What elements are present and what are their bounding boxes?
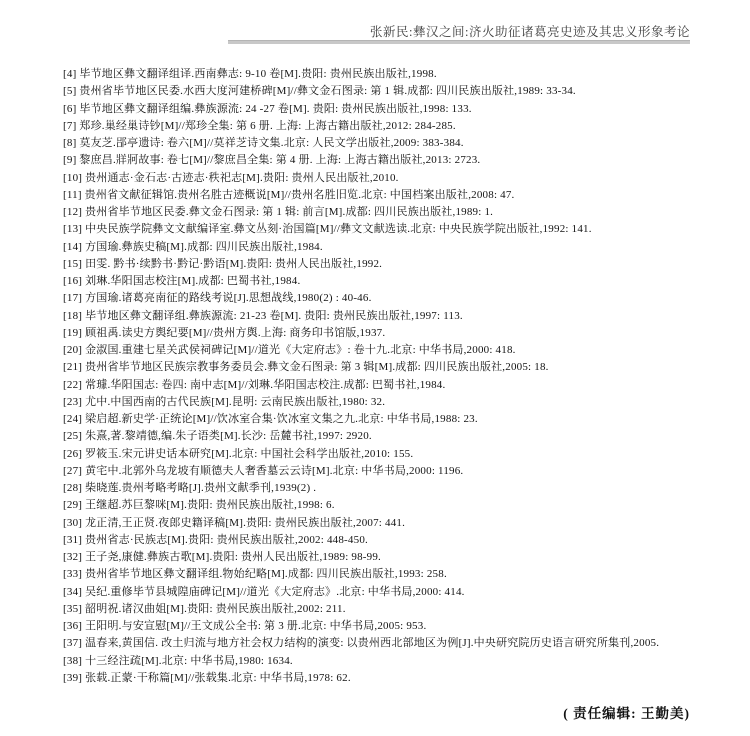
reference-item: [18] 毕节地区彝文翻译组.彝族源流: 21-23 卷[M]. 贵阳: 贵州民…	[63, 308, 710, 325]
reference-item: [9] 黎庶昌.牂牁故事: 卷七[M]//黎庶昌全集: 第 4 册. 上海: 上…	[63, 152, 710, 169]
reference-item: [30] 龙正清,王正贤.夜郎史籍译稿[M].贵阳: 贵州民族出版社,2007:…	[63, 515, 710, 532]
reference-item: [15] 田雯. 黔书·续黔书·黔记·黔语[M].贵阳: 贵州人民出版社,199…	[63, 256, 710, 273]
reference-item: [7] 郑珍.巢经巢诗钞[M]//郑珍全集: 第 6 册. 上海: 上海古籍出版…	[63, 118, 710, 135]
paper-page: 张新民:彝汉之间:济火助征诸葛亮史迹及其忠义形象考论 [4] 毕节地区彝文翻译组…	[0, 0, 750, 736]
reference-item: [36] 王阳明.与安宣慰[M]//王文成公全书: 第 3 册.北京: 中华书局…	[63, 618, 710, 635]
reference-item: [32] 王子尧,康健.彝族古歌[M].贵阳: 贵州人民出版社,1989: 98…	[63, 549, 710, 566]
reference-item: [17] 方国瑜.诸葛亮南征的路线考说[J].思想战线,1980(2) : 40…	[63, 290, 710, 307]
reference-item: [37] 温春来,黄国信. 改土归流与地方社会权力结构的演变: 以贵州西北部地区…	[63, 635, 710, 652]
reference-item: [29] 王继超.苏巨黎咪[M].贵阳: 贵州民族出版社,1998: 6.	[63, 497, 710, 514]
reference-item: [25] 朱熹,著.黎靖德,编.朱子语类[M].长沙: 岳麓书社,1997: 2…	[63, 428, 710, 445]
reference-item: [22] 常璩.华阳国志: 卷四: 南中志[M]//刘琳.华阳国志校注.成都: …	[63, 377, 710, 394]
reference-item: [12] 贵州省毕节地区民委.彝文金石图录: 第 1 辑: 前言[M].成都: …	[63, 204, 710, 221]
reference-item: [21] 贵州省毕节地区民族宗教事务委员会.彝文金石图录: 第 3 辑[M].成…	[63, 359, 710, 376]
reference-item: [14] 方国瑜.彝族史稿[M].成都: 四川民族出版社,1984.	[63, 239, 710, 256]
reference-item: [4] 毕节地区彝文翻译组译.西南彝志: 9-10 卷[M].贵阳: 贵州民族出…	[63, 66, 710, 83]
reference-item: [13] 中央民族学院彝文文献编译室.彝文丛刻·治国篇[M]//彝文文献选读.北…	[63, 221, 710, 238]
reference-item: [16] 刘琳.华阳国志校注[M].成都: 巴蜀书社,1984.	[63, 273, 710, 290]
responsible-editor-note: ( 责任编辑: 王勤美)	[563, 702, 690, 722]
reference-item: [39] 张载.正蒙·干称篇[M]//张载集.北京: 中华书局,1978: 62…	[63, 670, 710, 687]
reference-item: [8] 莫友芝.郘亭遗诗: 卷六[M]//莫祥芝诗文集.北京: 人民文学出版社,…	[63, 135, 710, 152]
reference-item: [38] 十三经注疏[M].北京: 中华书局,1980: 1634.	[63, 653, 710, 670]
reference-item: [24] 梁启超.新史学·正统论[M]//饮冰室合集·饮冰室文集之九.北京: 中…	[63, 411, 710, 428]
running-head-title: 张新民:彝汉之间:济火助征诸葛亮史迹及其忠义形象考论	[370, 22, 690, 40]
reference-item: [35] 韶明祝.诸汉曲姐[M].贵阳: 贵州民族出版社,2002: 211.	[63, 601, 710, 618]
reference-item: [27] 黄宅中.北郭外乌龙坡有顺德夫人奢香墓云云诗[M].北京: 中华书局,2…	[63, 463, 710, 480]
reference-item: [31] 贵州省志·民族志[M].贵阳: 贵州民族出版社,2002: 448-4…	[63, 532, 710, 549]
reference-item: [23] 尤中.中国西南的古代民族[M].昆明: 云南民族出版社,1980: 3…	[63, 394, 710, 411]
header-rule	[228, 40, 690, 44]
reference-item: [20] 金淑国.重建七星关武侯祠碑记[M]//道光《大定府志》: 卷十九.北京…	[63, 342, 710, 359]
reference-item: [19] 顾祖禹.读史方舆纪要[M]//贵州方舆.上海: 商务印书馆版,1937…	[63, 325, 710, 342]
reference-item: [11] 贵州省文献征辑馆.贵州名胜古迹概说[M]//贵州名胜旧览.北京: 中国…	[63, 187, 710, 204]
reference-item: [28] 柴晓莲.贵州考略考略[J].贵州文献季刊,1939(2) .	[63, 480, 710, 497]
reference-item: [33] 贵州省毕节地区彝文翻译组.物始纪略[M].成都: 四川民族出版社,19…	[63, 566, 710, 583]
reference-item: [6] 毕节地区彝文翻译组编.彝族源流: 24 -27 卷[M]. 贵阳: 贵州…	[63, 101, 710, 118]
reference-item: [26] 罗筱玉.宋元讲史话本研究[M].北京: 中国社会科学出版社,2010:…	[63, 446, 710, 463]
reference-list: [4] 毕节地区彝文翻译组译.西南彝志: 9-10 卷[M].贵阳: 贵州民族出…	[63, 66, 710, 687]
reference-item: [5] 贵州省毕节地区民委.水西大度河建桥碑[M]//彝文金石图录: 第 1 辑…	[63, 83, 710, 100]
reference-item: [10] 贵州通志·金石志·古迹志·秩祀志[M].贵阳: 贵州人民出版社,201…	[63, 170, 710, 187]
reference-item: [34] 吴纪.重修毕节县城隍庙碑记[M]//道光《大定府志》.北京: 中华书局…	[63, 584, 710, 601]
